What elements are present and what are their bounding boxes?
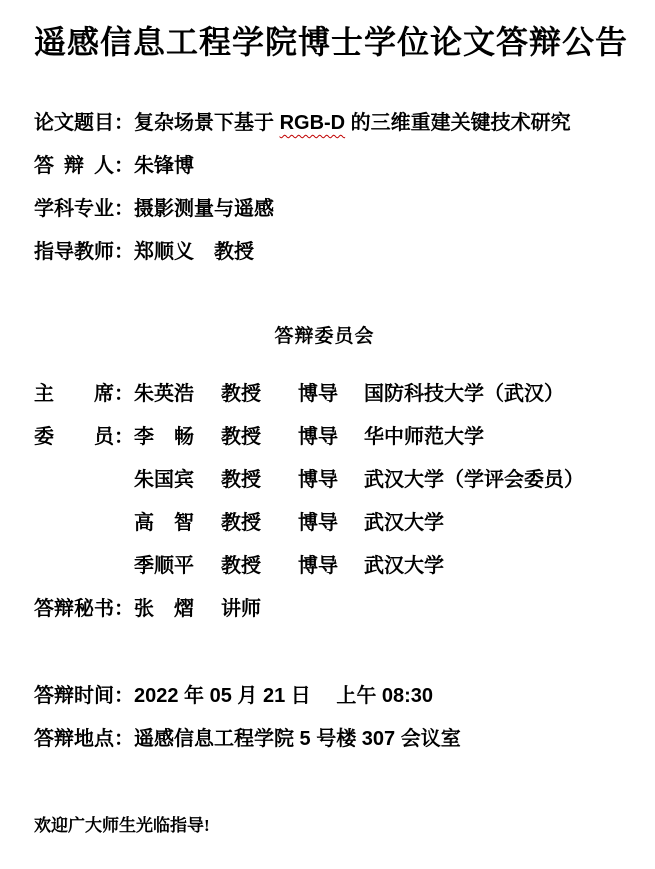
committee-member-advisor: 博导: [298, 459, 364, 502]
welcome-message: 欢迎广大师生光临指导!: [34, 804, 615, 847]
committee-member-affiliation: 武汉大学: [364, 502, 615, 545]
candidate-line: 答 辩 人：朱锋博: [34, 145, 615, 188]
schedule-section: 答辩时间：2022 年 05 月 21 日 上午 08:30 答辩地点：遥感信息…: [34, 675, 615, 761]
committee-member-affiliation: 武汉大学: [364, 545, 615, 588]
committee-row: 朱国宾 教授 博导 武汉大学（学评会委员）: [34, 459, 615, 502]
supervisor-label: 指导教师：: [34, 241, 134, 263]
candidate-label: 答 辩 人：: [34, 155, 134, 177]
announcement-page: 遥感信息工程学院博士学位论文答辩公告 论文题目：复杂场景下基于 RGB-D 的三…: [0, 0, 655, 869]
committee-member-name: 朱国宾: [134, 459, 221, 502]
spellcheck-marked-word: RGB-D: [280, 112, 346, 134]
defense-place-value: 遥感信息工程学院 5 号楼 307 会议室: [134, 728, 461, 750]
committee-member-advisor: 博导: [298, 373, 364, 416]
committee-member-title: 讲师: [221, 588, 298, 631]
committee-member-affiliation: 武汉大学（学评会委员）: [364, 459, 615, 502]
thesis-title-text-pre: 复杂场景下基于: [134, 112, 280, 134]
committee-member-advisor: 博导: [298, 502, 364, 545]
major-line: 学科专业：摄影测量与遥感: [34, 188, 615, 231]
committee-member-affiliation: [364, 588, 615, 631]
defense-time-line: 答辩时间：2022 年 05 月 21 日 上午 08:30: [34, 675, 615, 718]
committee-role: 答辩秘书：: [34, 588, 134, 631]
defense-time-label: 答辩时间：: [34, 685, 134, 707]
committee-member-title: 教授: [221, 416, 298, 459]
committee-row: 高 智 教授 博导 武汉大学: [34, 502, 615, 545]
thesis-info-section: 论文题目：复杂场景下基于 RGB-D 的三维重建关键技术研究 答 辩 人：朱锋博…: [34, 102, 615, 274]
committee-member-name: 季顺平: [134, 545, 221, 588]
committee-heading: 答辩委员会: [34, 315, 615, 358]
thesis-title-text-post: 的三维重建关键技术研究: [345, 112, 571, 134]
committee-member-title: 教授: [221, 502, 298, 545]
committee-role: 主 席：: [34, 373, 134, 416]
committee-role: [34, 545, 134, 588]
committee-role: [34, 502, 134, 545]
committee-role: [34, 459, 134, 502]
defense-time-value: 2022 年 05 月 21 日 上午 08:30: [134, 685, 433, 707]
major-name: 摄影测量与遥感: [134, 198, 274, 220]
committee-member-title: 教授: [221, 459, 298, 502]
committee-row: 季顺平 教授 博导 武汉大学: [34, 545, 615, 588]
major-label: 学科专业：: [34, 198, 134, 220]
committee-member-name: 朱英浩: [134, 373, 221, 416]
committee-member-advisor: [298, 588, 364, 631]
committee-member-title: 教授: [221, 545, 298, 588]
committee-section: 主 席： 朱英浩 教授 博导 国防科技大学（武汉） 委 员： 李 畅 教授 博导…: [34, 373, 615, 631]
committee-row: 答辩秘书： 张 熠 讲师: [34, 588, 615, 631]
supervisor-line: 指导教师：郑顺义 教授: [34, 231, 615, 274]
committee-row: 委 员： 李 畅 教授 博导 华中师范大学: [34, 416, 615, 459]
thesis-title-line: 论文题目：复杂场景下基于 RGB-D 的三维重建关键技术研究: [34, 102, 615, 145]
candidate-name: 朱锋博: [134, 155, 194, 177]
defense-place-line: 答辩地点：遥感信息工程学院 5 号楼 307 会议室: [34, 718, 615, 761]
committee-member-name: 张 熠: [134, 588, 221, 631]
committee-member-name: 李 畅: [134, 416, 221, 459]
supervisor-name: 郑顺义 教授: [134, 241, 254, 263]
committee-member-name: 高 智: [134, 502, 221, 545]
thesis-title-label: 论文题目：: [34, 112, 134, 134]
committee-member-affiliation: 国防科技大学（武汉）: [364, 373, 615, 416]
committee-member-advisor: 博导: [298, 416, 364, 459]
committee-member-affiliation: 华中师范大学: [364, 416, 615, 459]
defense-place-label: 答辩地点：: [34, 728, 134, 750]
committee-member-title: 教授: [221, 373, 298, 416]
page-title: 遥感信息工程学院博士学位论文答辩公告: [34, 14, 615, 70]
committee-role: 委 员：: [34, 416, 134, 459]
committee-member-advisor: 博导: [298, 545, 364, 588]
committee-row: 主 席： 朱英浩 教授 博导 国防科技大学（武汉）: [34, 373, 615, 416]
